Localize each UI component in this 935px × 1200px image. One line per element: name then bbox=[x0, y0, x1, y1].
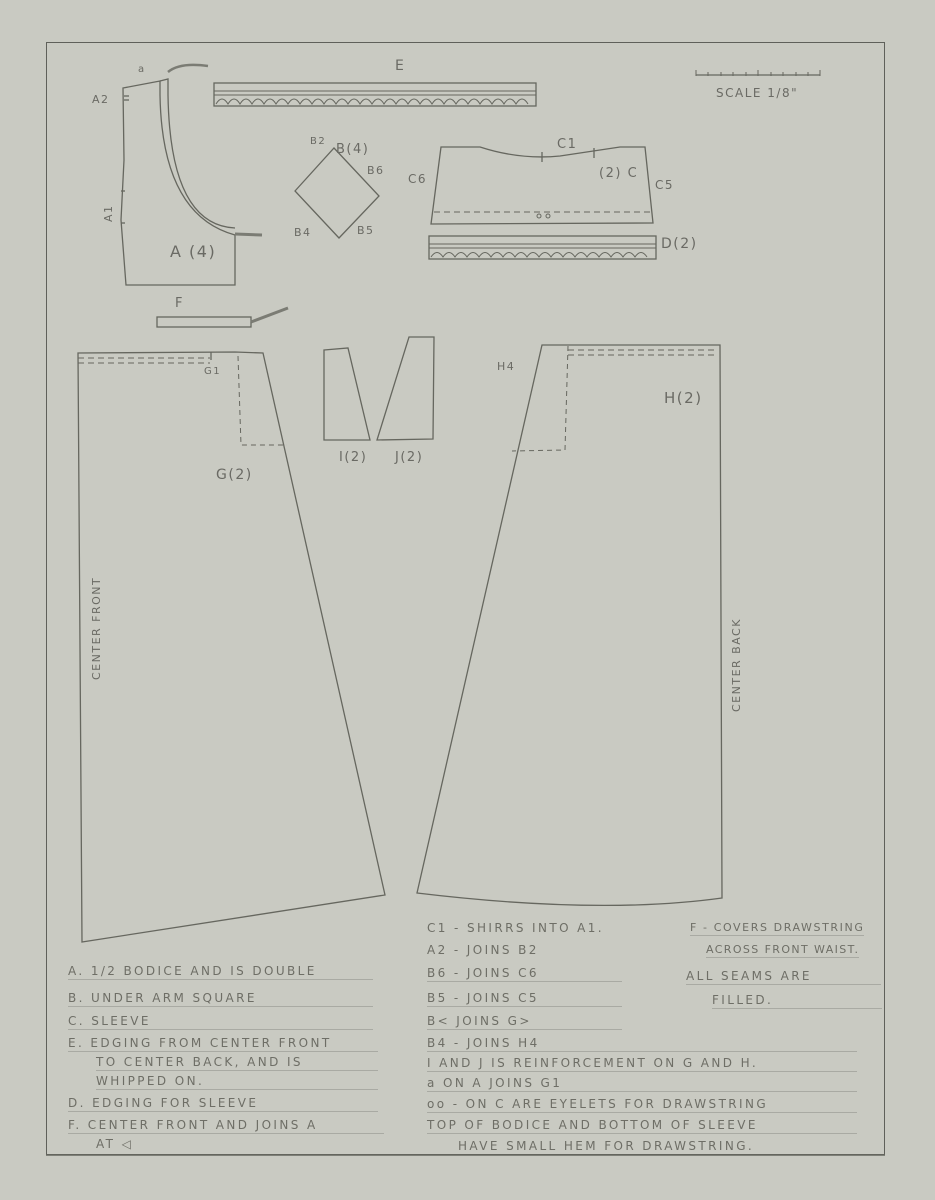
note-line: B5 - JOINS C5 bbox=[427, 991, 622, 1007]
note-line: I AND J IS REINFORCEMENT ON G AND H. bbox=[427, 1056, 857, 1072]
piece-i-label: I(2) bbox=[339, 450, 367, 465]
piece-c-sleeve bbox=[431, 147, 653, 224]
note-line: F - COVERS DRAWSTRING bbox=[690, 921, 864, 936]
scale-label: SCALE 1/8" bbox=[716, 86, 798, 100]
note-line: B4 - JOINS H4 bbox=[427, 1036, 857, 1052]
note-line: AT ◁ bbox=[96, 1137, 384, 1152]
note-line: a ON A JOINS G1 bbox=[427, 1076, 857, 1092]
mark-c6: C6 bbox=[408, 172, 427, 186]
note-line: B6 - JOINS C6 bbox=[427, 966, 622, 982]
note-line: D. EDGING FOR SLEEVE bbox=[68, 1096, 378, 1112]
piece-a-label: A (4) bbox=[170, 242, 216, 261]
piece-d-edging bbox=[429, 236, 656, 259]
note-line: TOP OF BODICE AND BOTTOM OF SLEEVE bbox=[427, 1118, 857, 1134]
mark-g1: G1 bbox=[204, 366, 221, 377]
piece-j bbox=[377, 337, 434, 440]
note-line: A2 - JOINS B2 bbox=[427, 943, 539, 958]
note-line: FILLED. bbox=[712, 993, 882, 1009]
mark-b5: B5 bbox=[357, 224, 375, 237]
mark-c5: C5 bbox=[655, 178, 674, 192]
note-line: B. UNDER ARM SQUARE bbox=[68, 991, 373, 1007]
piece-e-label: E bbox=[395, 58, 405, 74]
note-line: ALL SEAMS ARE bbox=[686, 969, 881, 985]
note-line: E. EDGING FROM CENTER FRONT bbox=[68, 1036, 378, 1052]
center-front-label: CENTER FRONT bbox=[90, 577, 103, 680]
scale-bar bbox=[696, 70, 820, 76]
mark-c1: C1 bbox=[557, 137, 577, 152]
note-line: A. 1/2 BODICE AND IS DOUBLE bbox=[68, 964, 373, 980]
piece-g-label: G(2) bbox=[216, 467, 253, 483]
piece-i bbox=[324, 348, 370, 440]
piece-d-label: D(2) bbox=[661, 236, 698, 252]
mark-b2: B2 bbox=[310, 136, 326, 147]
mark-b4: B4 bbox=[294, 226, 312, 239]
mark-a1: A1 bbox=[102, 204, 115, 222]
piece-h-label: H(2) bbox=[664, 389, 703, 407]
center-back-label: CENTER BACK bbox=[730, 618, 743, 712]
note-line: TO CENTER BACK, AND IS bbox=[96, 1055, 378, 1071]
note-line: WHIPPED ON. bbox=[96, 1074, 378, 1090]
mark-a2: A2 bbox=[92, 93, 110, 106]
piece-f-label: F bbox=[175, 296, 184, 311]
mark-b6: B6 bbox=[367, 164, 385, 177]
piece-b-label: B(4) bbox=[336, 142, 369, 157]
note-line: C1 - SHIRRS INTO A1. bbox=[427, 921, 604, 936]
note-line: F. CENTER FRONT AND JOINS A bbox=[68, 1118, 384, 1134]
note-line: HAVE SMALL HEM FOR DRAWSTRING. bbox=[458, 1139, 754, 1154]
note-line: oo - ON C ARE EYELETS FOR DRAWSTRING bbox=[427, 1097, 857, 1113]
piece-e-edging bbox=[214, 83, 536, 106]
mark-a: a bbox=[138, 64, 146, 75]
piece-j-label: J(2) bbox=[395, 450, 423, 465]
piece-c-label: (2) C bbox=[599, 166, 638, 181]
piece-h-back-skirt bbox=[417, 345, 722, 905]
note-line: B< JOINS G> bbox=[427, 1014, 622, 1030]
note-line: ACROSS FRONT WAIST. bbox=[706, 943, 859, 958]
note-line: C. SLEEVE bbox=[68, 1014, 373, 1030]
mark-h4: H4 bbox=[497, 360, 515, 373]
